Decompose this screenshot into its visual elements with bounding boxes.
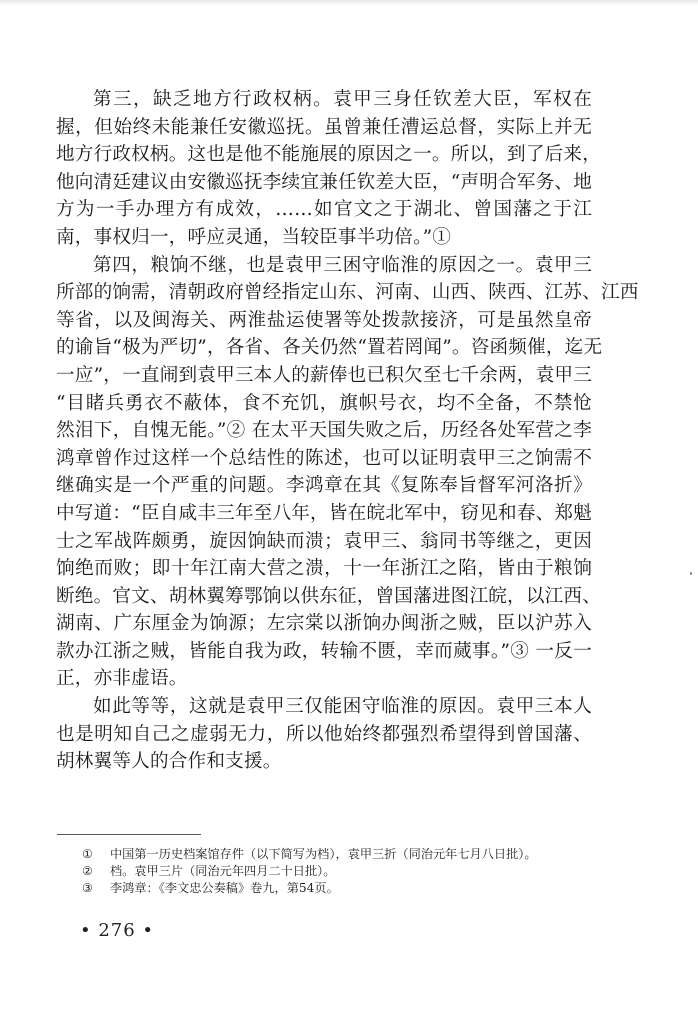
paragraph-conclusion: 如此等等，这就是袁甲三仅能困守临淮的原因。袁甲三本人 也是明知自己之虚弱无力，所… [56,693,592,776]
text-line: 胡林翼等人的合作和支援。 [56,748,592,776]
footnote-marker: ③ [82,880,110,897]
footnote-1: ①中国第一历史档案馆存件（以下简写为档），袁甲三折（同治元年七月八日批）。 [82,846,642,863]
text-line: 握，但始终未能兼任安徽巡抚。虽曾兼任漕运总督，实际上并无 [56,114,592,142]
text-line: “目睹兵勇衣不蔽体，食不充饥，旗帜号衣，均不全备，不禁怆 [56,390,592,418]
text-line: 第四，粮饷不继，也是袁甲三困守临淮的原因之一。袁甲三 [56,252,592,280]
text-line: 士之军战阵颇勇，旋因饷缺而溃；袁甲三、翁同书等继之，更因 [56,528,592,556]
footnote-2: ②档。袁甲三片（同治元年四月二十日批）。 [82,863,642,880]
text-line: 也是明知自己之虚弱无力，所以他始终都强烈希望得到曾国藩、 [56,721,592,749]
paragraph-4-supply-shortage: 第四，粮饷不继，也是袁甲三困守临淮的原因之一。袁甲三 所部的饷需，清朝政府曾经指… [56,252,592,694]
text-line: 方为一手办理方有成效，……如官文之于湖北、曾国藩之于江 [56,196,592,224]
text-line: 他向清廷建议由安徽巡抚李续宜兼任钦差大臣，“声明合军务、地 [56,169,592,197]
text-line: 正，亦非虚语。 [56,665,592,693]
text-line: 鸿章曾作过这样一个总结性的陈述，也可以证明袁甲三之饷需不 [56,445,592,473]
page-number: • 276 • [80,920,154,941]
footnote-text: 李鸿章：《李文忠公奏稿》卷九，第54页。 [110,881,339,895]
scan-speck [690,572,692,575]
text-line: 断绝。官文、胡林翼筹鄂饷以供东征，曾国藩进图江皖，以江西、 [56,583,592,611]
footnote-text: 档。袁甲三片（同治元年四月二十日批）。 [110,864,335,878]
footnote-text: 中国第一历史档案馆存件（以下简写为档），袁甲三折（同治元年七月八日批）。 [110,847,537,861]
text-line: 饷绝而败；即十年江南大营之溃，十一年浙江之陷，皆由于粮饷 [56,555,592,583]
footnote-marker: ① [82,846,110,863]
text-line: 中写道：“臣自咸丰三年至八年，皆在皖北军中，窃见和春、郑魁 [56,500,592,528]
text-line: 的谕旨“极为严切”，各省、各关仍然“置若罔闻”。咨函频催，迄无 [56,334,592,362]
footnote-3: ③李鸿章：《李文忠公奏稿》卷九，第54页。 [82,880,642,897]
paragraph-3-lack-of-authority: 第三，缺乏地方行政权柄。袁甲三身任钦差大臣，军权在 握，但始终未能兼任安徽巡抚。… [56,86,592,252]
scan-edge-shadow [0,0,698,6]
text-line: 第三，缺乏地方行政权柄。袁甲三身任钦差大臣，军权在 [56,86,592,114]
footnotes: ①中国第一历史档案馆存件（以下简写为档），袁甲三折（同治元年七月八日批）。 ②档… [82,846,642,897]
footnote-divider [57,834,201,835]
text-line: 一应”，一直闹到袁甲三本人的薪俸也已积欠至七千余两，袁甲三 [56,362,592,390]
page-body: 第三，缺乏地方行政权柄。袁甲三身任钦差大臣，军权在 握，但始终未能兼任安徽巡抚。… [56,86,592,776]
text-line: 款办江浙之贼，皆能自我为政，转输不匮，幸而蒇事。”③ 一反一 [56,638,592,666]
text-line: 等省，以及闽海关、两淮盐运使署等处拨款接济，可是虽然皇帝 [56,307,592,335]
text-line: 继确实是一个严重的问题。李鸿章在其《复陈奉旨督军河洛折》 [56,472,592,500]
text-line: 湖南、广东厘金为饷源；左宗棠以浙饷办闽浙之贼，臣以沪苏入 [56,610,592,638]
text-line: 南，事权归一，呼应灵通，当较臣事半功倍。”① [56,224,592,252]
text-line: 然泪下，自愧无能。”② 在太平天国失败之后，历经各处军营之李 [56,417,592,445]
text-line: 所部的饷需，清朝政府曾经指定山东、河南、山西、陕西、江苏、江西 [56,279,592,307]
text-line: 如此等等，这就是袁甲三仅能困守临淮的原因。袁甲三本人 [56,693,592,721]
footnote-marker: ② [82,863,110,880]
text-line: 地方行政权柄。这也是他不能施展的原因之一。所以，到了后来， [56,141,592,169]
